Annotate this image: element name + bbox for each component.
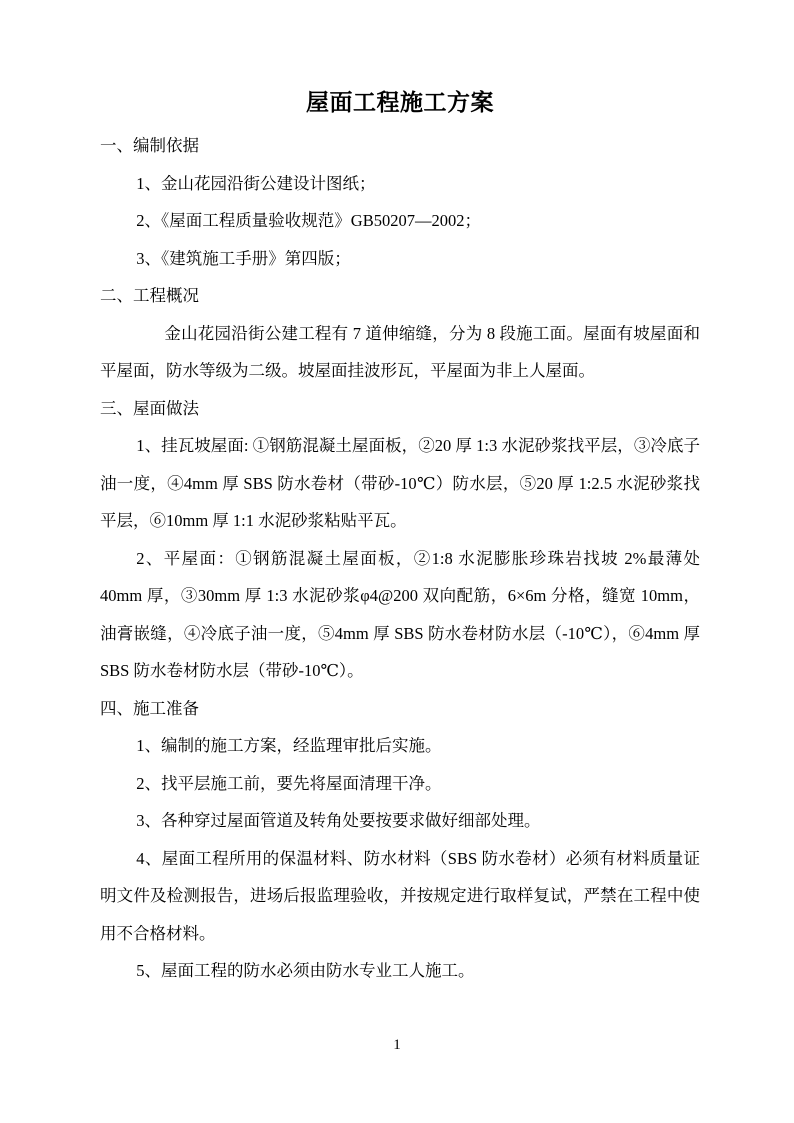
list-item: 1、金山花园沿街公建设计图纸； xyxy=(100,165,700,203)
page-number: 1 xyxy=(0,1035,794,1055)
list-item: 2、找平层施工前，要先将屋面清理干净。 xyxy=(100,765,700,803)
list-item: 2、《屋面工程质量验收规范》GB50207—2002； xyxy=(100,202,700,240)
list-item: 3、《建筑施工手册》第四版； xyxy=(100,240,700,278)
list-item: 1、编制的施工方案，经监理审批后实施。 xyxy=(100,727,700,765)
body-paragraph: 金山花园沿街公建工程有 7 道伸缩缝，分为 8 段施工面。屋面有坡屋面和平屋面，… xyxy=(100,315,700,390)
document-title: 屋面工程施工方案 xyxy=(100,86,700,120)
section-heading-compilation-basis: 一、编制依据 xyxy=(100,127,700,165)
list-item: 5、屋面工程的防水必须由防水专业工人施工。 xyxy=(100,952,700,990)
section-heading-roof-construction: 三、屋面做法 xyxy=(100,390,700,428)
list-item: 1、挂瓦坡屋面: ①钢筋混凝土屋面板，②20 厚 1:3 水泥砂浆找平层，③冷底… xyxy=(100,427,700,540)
section-heading-preparation: 四、施工准备 xyxy=(100,690,700,728)
section-heading-project-overview: 二、工程概况 xyxy=(100,277,700,315)
document-page: 屋面工程施工方案 一、编制依据 1、金山花园沿街公建设计图纸； 2、《屋面工程质… xyxy=(0,0,794,1123)
list-item: 3、各种穿过屋面管道及转角处要按要求做好细部处理。 xyxy=(100,802,700,840)
list-item: 4、屋面工程所用的保温材料、防水材料（SBS 防水卷材）必须有材料质量证明文件及… xyxy=(100,840,700,953)
document-body: 一、编制依据 1、金山花园沿街公建设计图纸； 2、《屋面工程质量验收规范》GB5… xyxy=(100,127,700,990)
list-item: 2、平屋面：①钢筋混凝土屋面板，②1:8 水泥膨胀珍珠岩找坡 2%最薄处 40m… xyxy=(100,540,700,690)
